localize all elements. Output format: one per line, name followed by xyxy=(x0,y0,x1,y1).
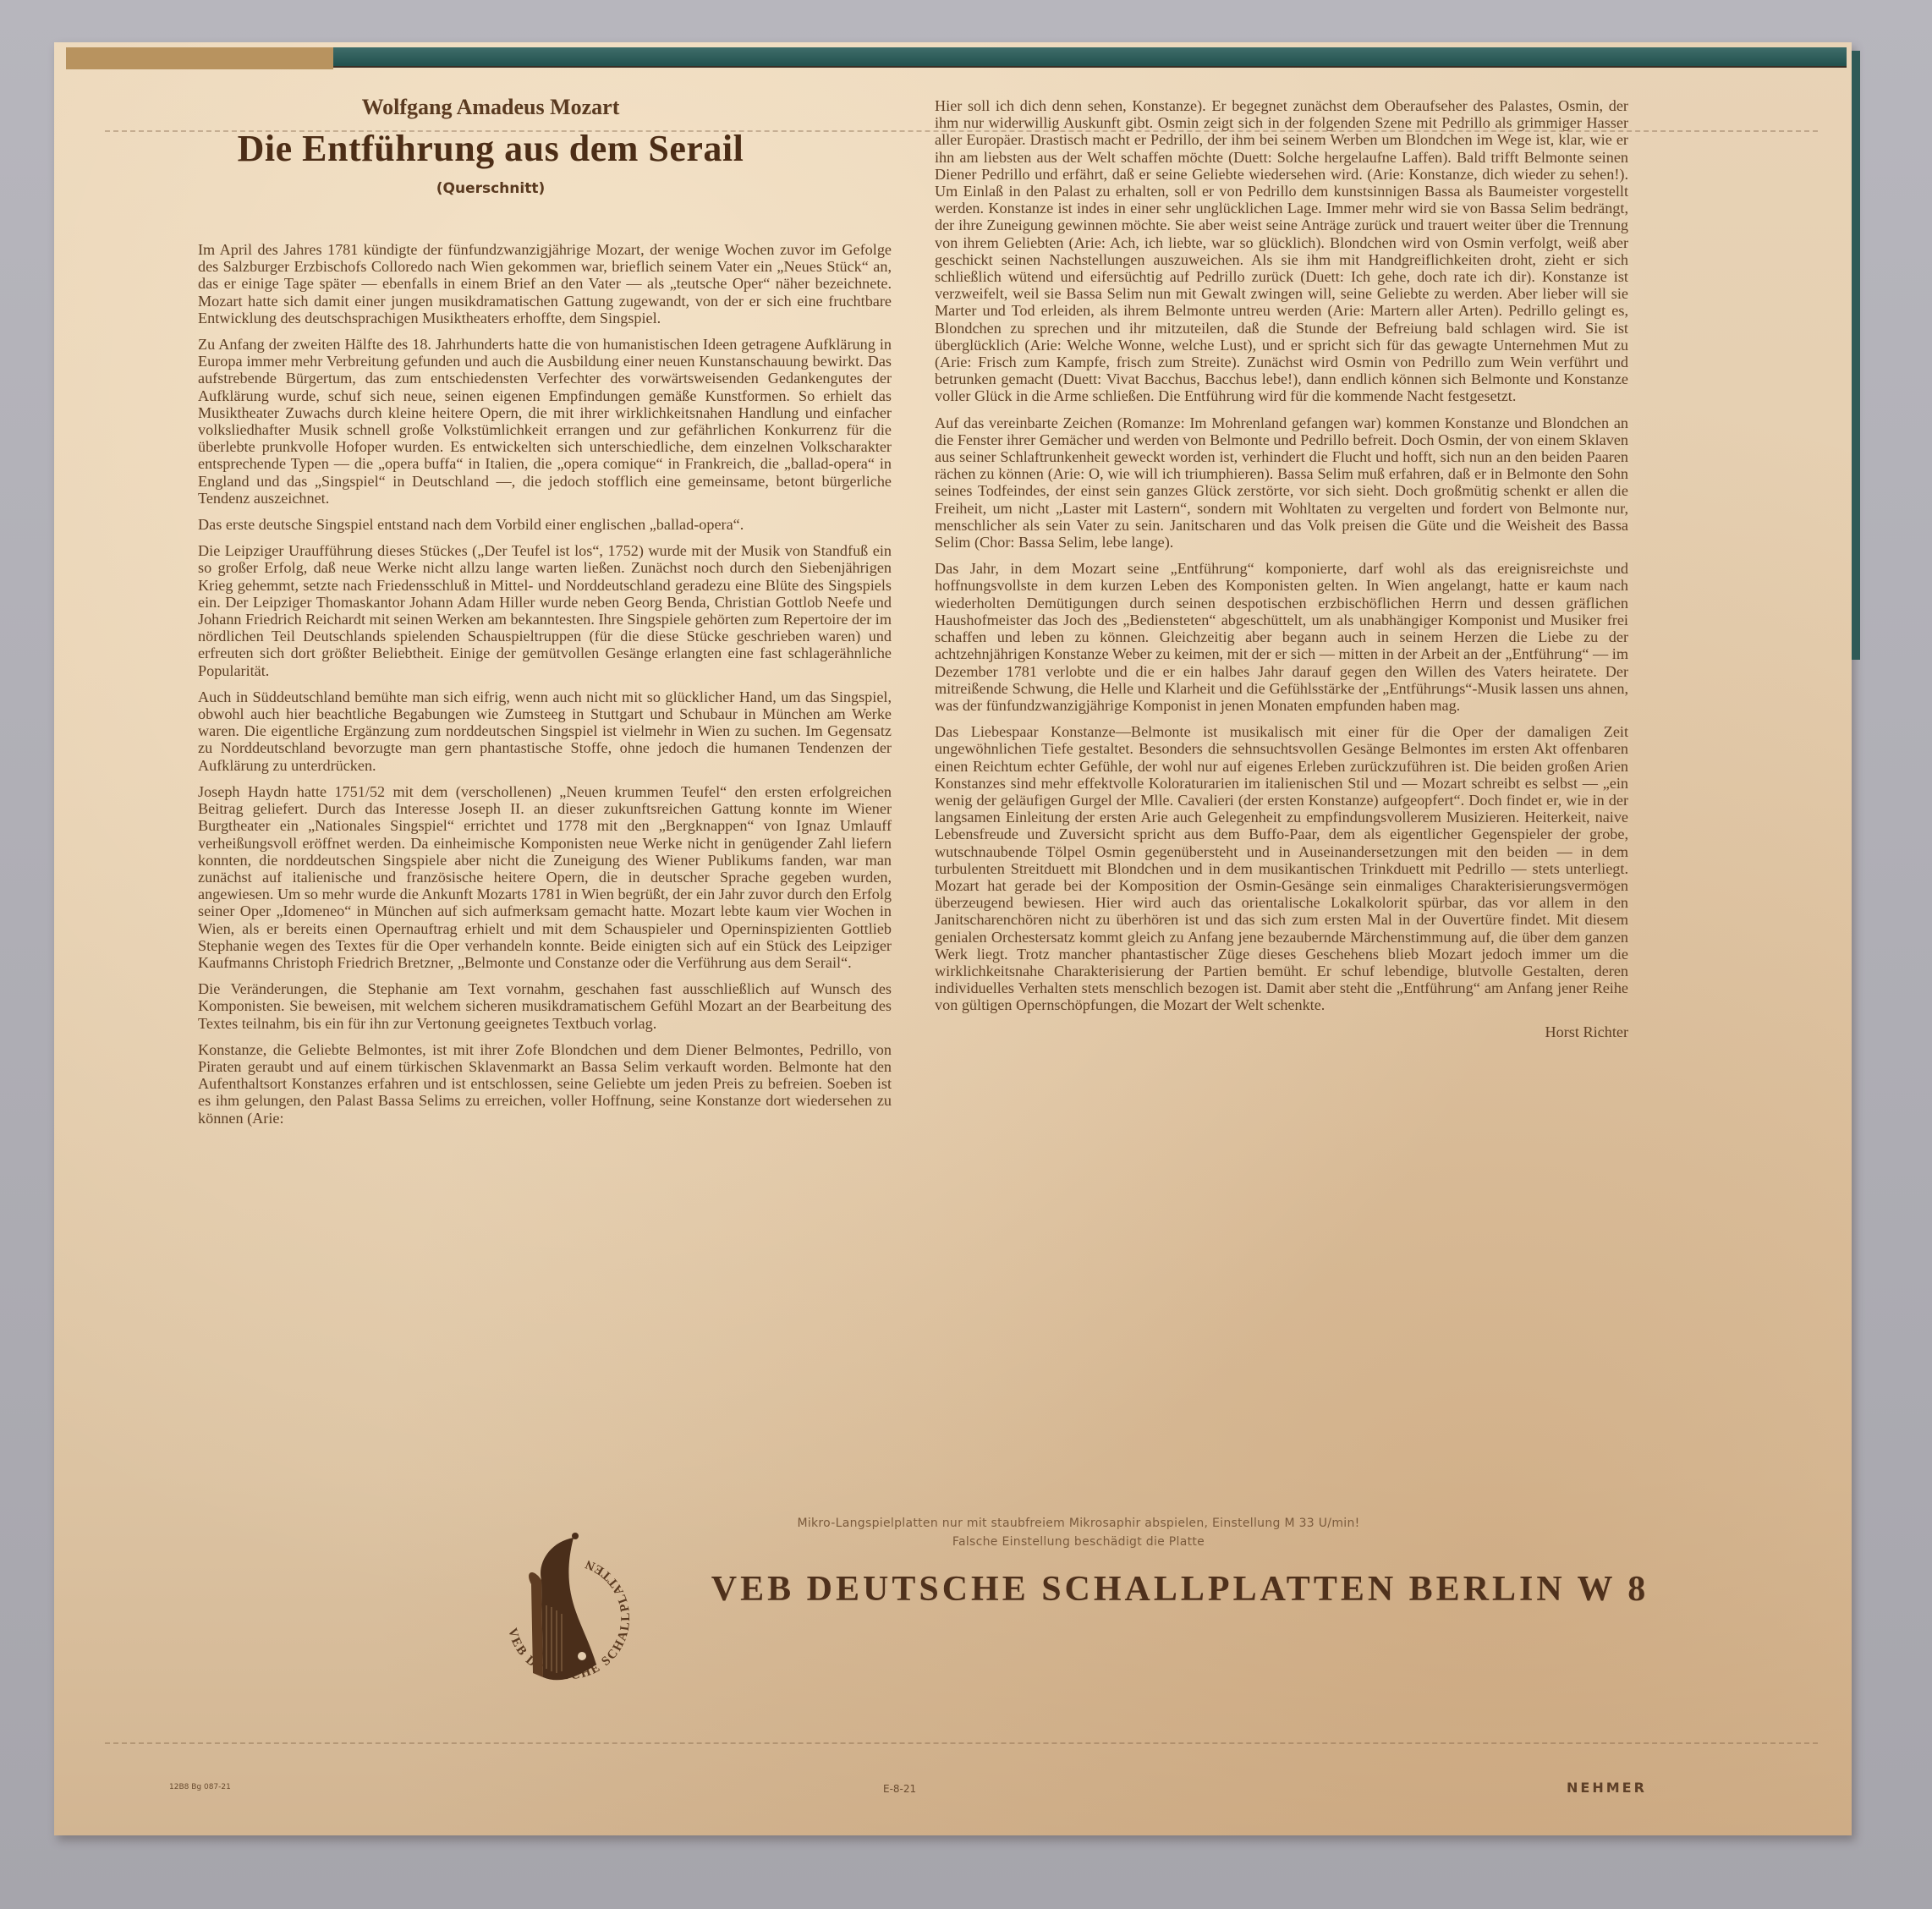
work-title: Die Entführung aus dem Serail xyxy=(220,127,761,170)
paragraph: Die Leipziger Uraufführung dieses Stücke… xyxy=(198,542,892,679)
paragraph: Auf das vereinbarte Zeichen (Romanze: Im… xyxy=(935,414,1628,551)
liner-notes-left-column: Im April des Jahres 1781 kündigte der fü… xyxy=(198,241,892,1136)
paragraph: Zu Anfang der zweiten Hälfte des 18. Jah… xyxy=(198,336,892,507)
label-brand: VEB DEUTSCHE SCHALLPLATTEN BERLIN W 8 xyxy=(617,1569,1743,1610)
paragraph: Das Jahr, in dem Mozart seine „Entführun… xyxy=(935,560,1628,714)
paragraph: Das Liebespaar Konstanze—Belmonte ist mu… xyxy=(935,723,1628,1013)
paragraph: Konstanze, die Geliebte Belmontes, ist m… xyxy=(198,1041,892,1127)
spine-tape xyxy=(66,47,333,69)
printer-name: NEHMER xyxy=(1567,1780,1647,1796)
author-signature: Horst Richter xyxy=(935,1023,1628,1040)
print-code: E-8-21 xyxy=(883,1783,916,1795)
catalog-code: 12B8 Bg 087-21 xyxy=(169,1783,231,1791)
paragraph: Auch in Süddeutschland bemühte man sich … xyxy=(198,688,892,774)
spine-edge xyxy=(333,47,1847,68)
playback-note: Mikro-Langspielplatten nur mit staubfrei… xyxy=(753,1514,1404,1551)
paragraph: Hier soll ich dich denn sehen, Konstanze… xyxy=(935,97,1628,405)
liner-notes-right-column: Hier soll ich dich denn sehen, Konstanze… xyxy=(935,97,1628,1050)
paragraph: Joseph Haydn hatte 1751/52 mit dem (vers… xyxy=(198,783,892,971)
paragraph: Im April des Jahres 1781 kündigte der fü… xyxy=(198,241,892,326)
paragraph: Das erste deutsche Singspiel entstand na… xyxy=(198,516,892,533)
paragraph: Die Veränderungen, die Stephanie am Text… xyxy=(198,980,892,1032)
composer-name: Wolfgang Amadeus Mozart xyxy=(279,95,702,120)
harp-logo-icon: VEB DEUTSCHE SCHALLPLATTEN xyxy=(491,1529,647,1707)
fold-line-bottom xyxy=(105,1742,1818,1747)
playback-note-line2: Falsche Einstellung beschädigt die Platt… xyxy=(753,1533,1404,1551)
work-subtitle: (Querschnitt) xyxy=(279,180,702,197)
playback-note-line1: Mikro-Langspielplatten nur mit staubfrei… xyxy=(753,1514,1404,1533)
